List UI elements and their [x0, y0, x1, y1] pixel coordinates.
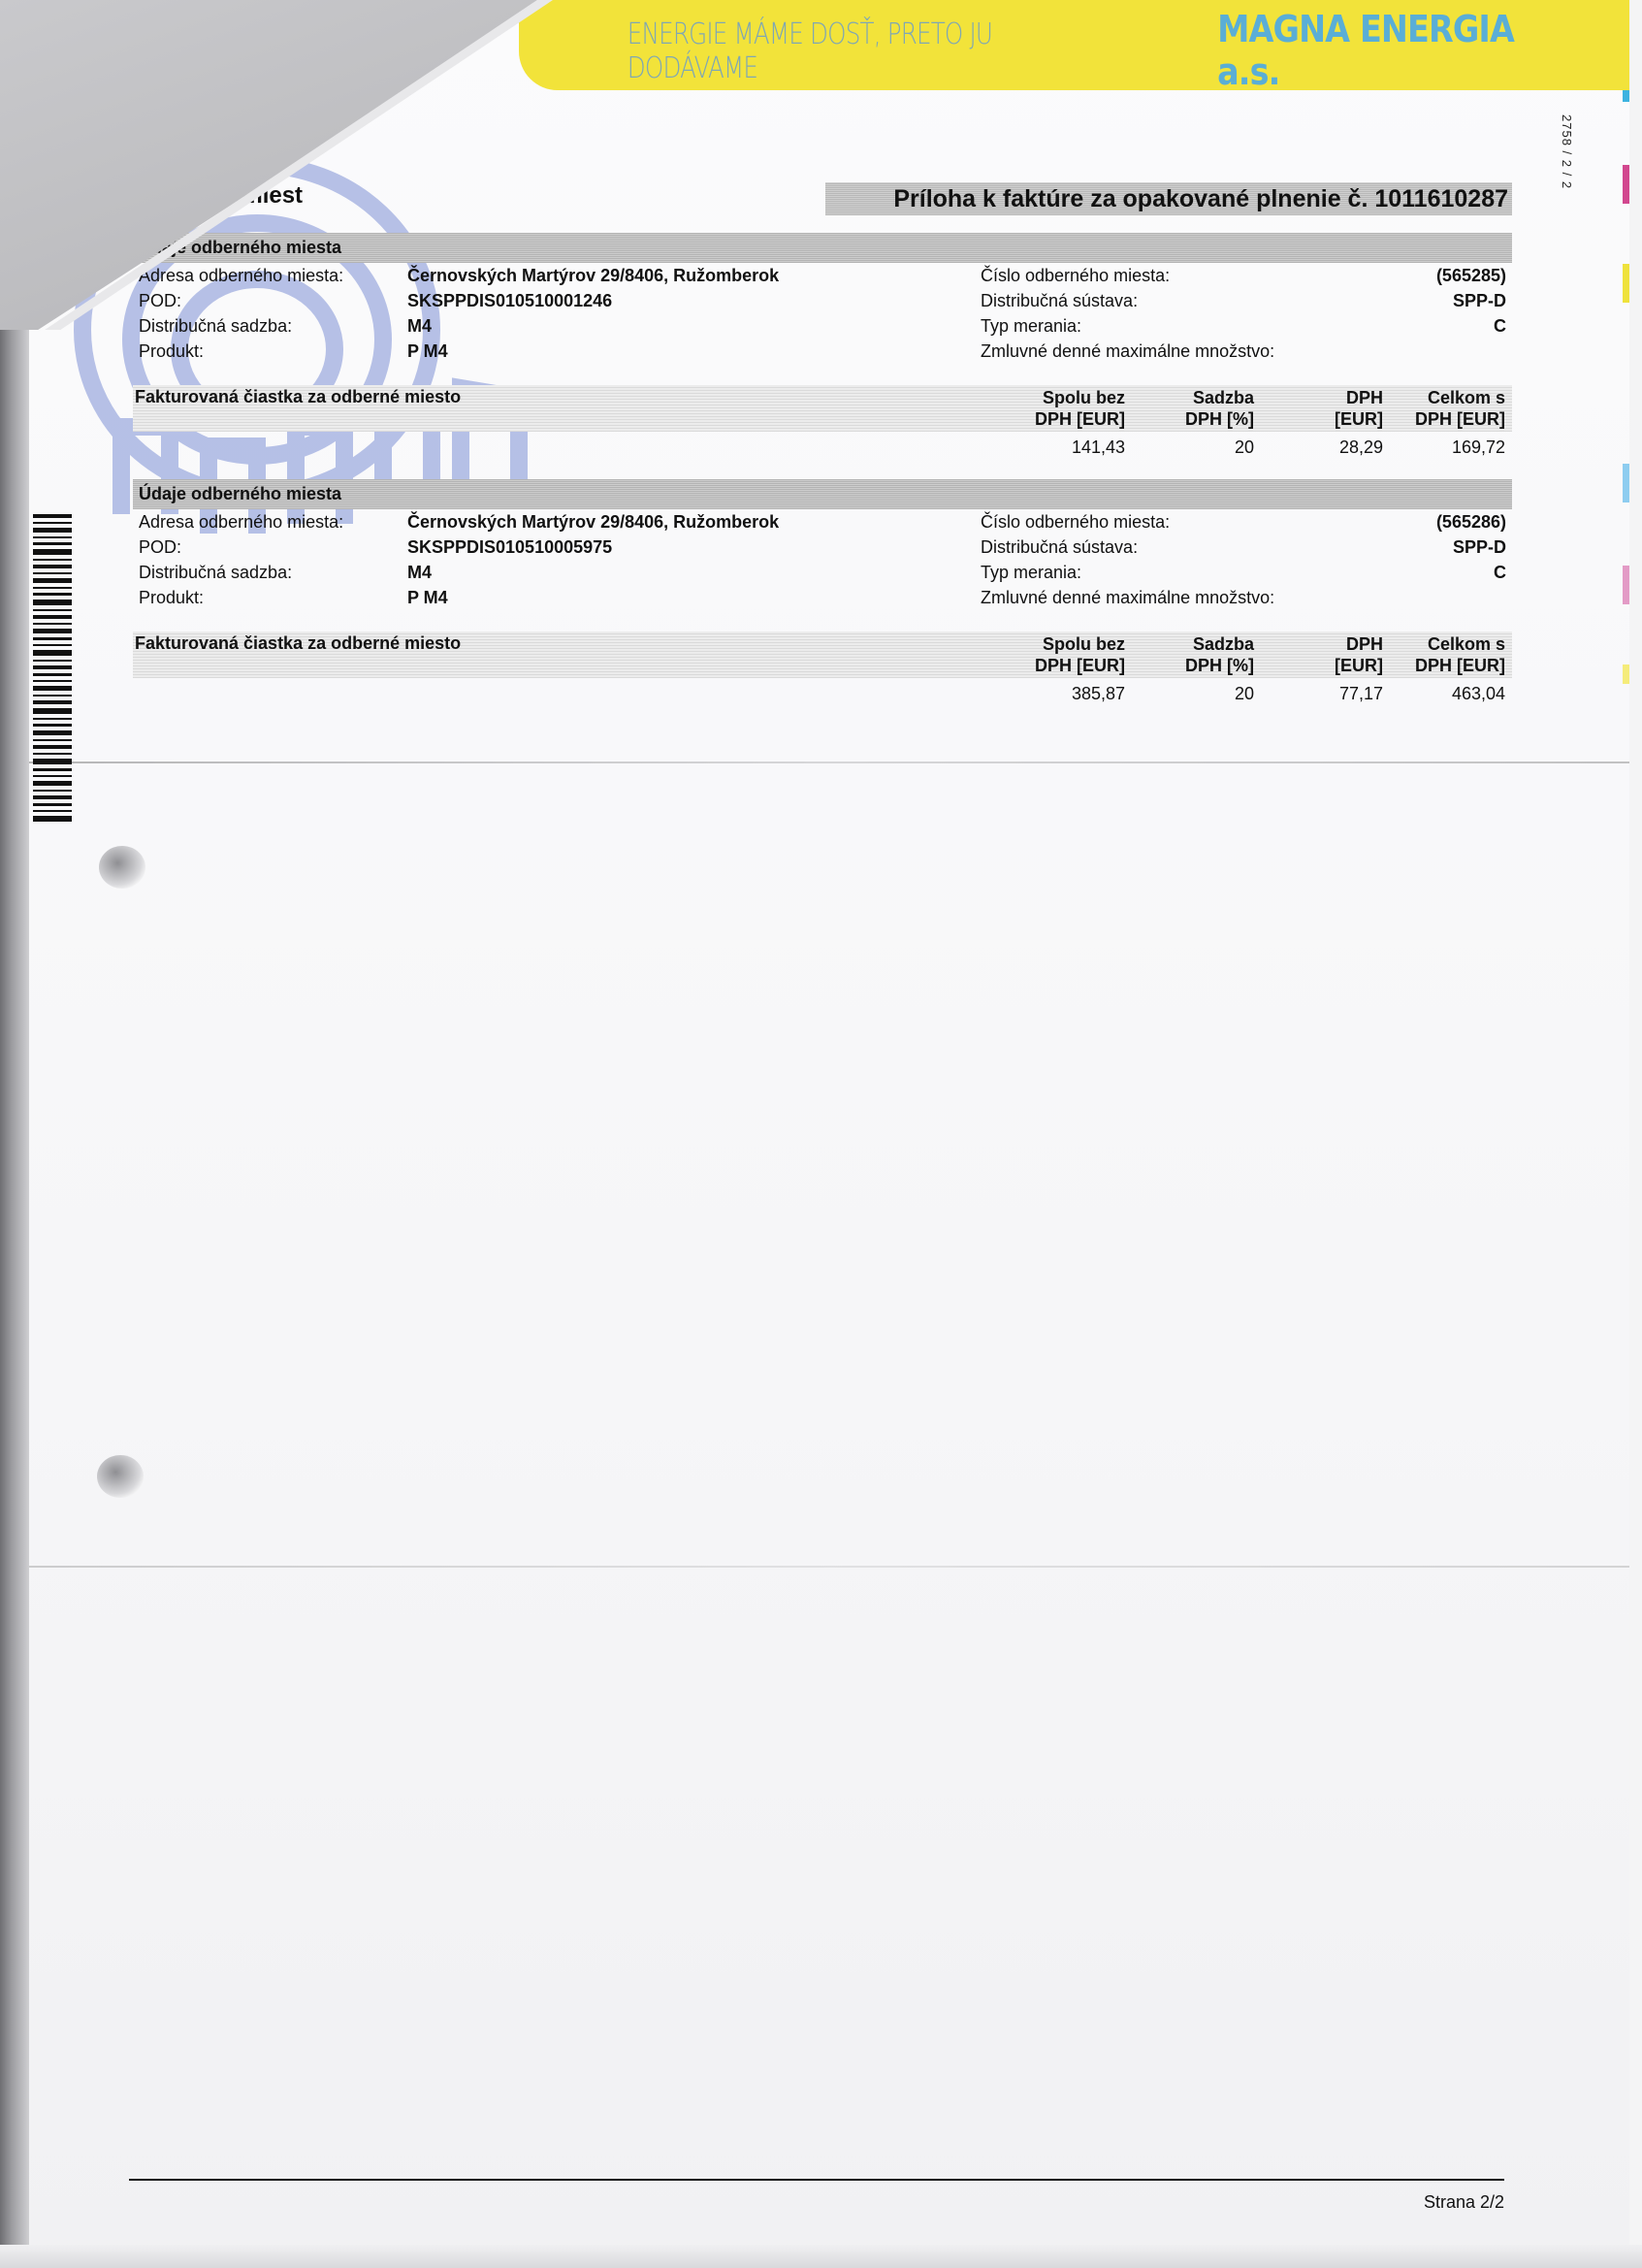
supply-point-section: Údaje odberného miesta Adresa odberného … — [133, 233, 1512, 463]
field-label: Distribučná sústava: — [981, 288, 1138, 313]
metering-type-value: C — [1494, 313, 1506, 339]
billed-amount-title: Fakturovaná čiastka za odberné miesto — [135, 633, 461, 654]
brand-name: MAGNA ENERGIA a.s. — [1217, 8, 1581, 93]
vat-rate: 20 — [1235, 437, 1254, 458]
address-value: Černovských Martýrov 29/8406, Ružomberok — [407, 509, 779, 535]
total-amount: 169,72 — [1452, 437, 1505, 458]
field-label: Adresa odberného miesta: — [139, 509, 391, 535]
column-header-total: Celkom s DPH [EUR] — [1415, 633, 1505, 676]
metering-type-value: C — [1494, 560, 1506, 585]
brand-banner: ENERGIE MÁME DOSŤ, PRETO JU DODÁVAME MAG… — [519, 0, 1629, 90]
vat-amount: 77,17 — [1339, 684, 1383, 704]
address-value: Černovských Martýrov 29/8406, Ružomberok — [407, 263, 779, 288]
billed-amount-table: Fakturovaná čiastka za odberné miesto Sp… — [133, 385, 1512, 463]
distribution-rate-value: M4 — [407, 560, 432, 585]
column-header-net: Spolu bez DPH [EUR] — [1035, 387, 1125, 430]
field-label: Distribučná sadzba: — [139, 313, 391, 339]
pod-value: SKSPPDIS010510005975 — [407, 535, 612, 560]
billed-amount-table: Fakturovaná čiastka za odberné miesto Sp… — [133, 632, 1512, 709]
column-header-vat: DPH [EUR] — [1335, 387, 1383, 430]
total-amount: 463,04 — [1452, 684, 1505, 704]
field-label: Zmluvné denné maximálne množstvo: — [981, 585, 1274, 610]
supply-point-info: Adresa odberného miesta: Černovských Mar… — [133, 263, 1512, 364]
field-label: Zmluvné denné maximálne množstvo: — [981, 339, 1274, 364]
column-header-net: Spolu bez DPH [EUR] — [1035, 633, 1125, 676]
vat-amount: 28,29 — [1339, 437, 1383, 458]
field-label: Adresa odberného miesta: — [139, 263, 391, 288]
section-header: Údaje odberného miesta — [133, 233, 1512, 263]
column-header-vat-rate: Sadzba DPH [%] — [1185, 387, 1254, 430]
invoice-annex-title: Príloha k faktúre za opakované plnenie č… — [825, 182, 1512, 215]
distribution-rate-value: M4 — [407, 313, 432, 339]
product-value: P M4 — [407, 339, 448, 364]
field-label: Číslo odberného miesta: — [981, 263, 1170, 288]
page-number: Strana 2/2 — [1424, 2192, 1504, 2213]
field-label: Produkt: — [139, 585, 391, 610]
supply-point-number: (565285) — [1436, 263, 1506, 288]
field-label: POD: — [139, 288, 391, 313]
net-amount: 385,87 — [1072, 684, 1125, 704]
banner-tagline: ENERGIE MÁME DOSŤ, PRETO JU DODÁVAME — [628, 17, 1121, 85]
net-amount: 141,43 — [1072, 437, 1125, 458]
vat-rate: 20 — [1235, 684, 1254, 704]
column-header-total: Celkom s DPH [EUR] — [1415, 387, 1505, 430]
field-label: POD: — [139, 535, 391, 560]
pod-value: SKSPPDIS010510001246 — [407, 288, 612, 313]
field-label: Distribučná sadzba: — [139, 560, 391, 585]
footer-divider — [129, 2179, 1504, 2181]
supply-point-info: Adresa odberného miesta: Černovských Mar… — [133, 509, 1512, 610]
product-value: P M4 — [407, 585, 448, 610]
field-label: Číslo odberného miesta: — [981, 509, 1170, 535]
field-label: Typ merania: — [981, 560, 1081, 585]
field-label: Typ merania: — [981, 313, 1081, 339]
section-header: Údaje odberného miesta — [133, 479, 1512, 509]
supply-point-number: (565286) — [1436, 509, 1506, 535]
field-label: Produkt: — [139, 339, 391, 364]
distribution-system-value: SPP-D — [1453, 288, 1506, 313]
field-label: Distribučná sústava: — [981, 535, 1138, 560]
distribution-system-value: SPP-D — [1453, 535, 1506, 560]
column-header-vat: DPH [EUR] — [1335, 633, 1383, 676]
column-header-vat-rate: Sadzba DPH [%] — [1185, 633, 1254, 676]
billed-amount-title: Fakturovaná čiastka za odberné miesto — [135, 387, 461, 407]
supply-point-section: Údaje odberného miesta Adresa odberného … — [133, 479, 1512, 709]
